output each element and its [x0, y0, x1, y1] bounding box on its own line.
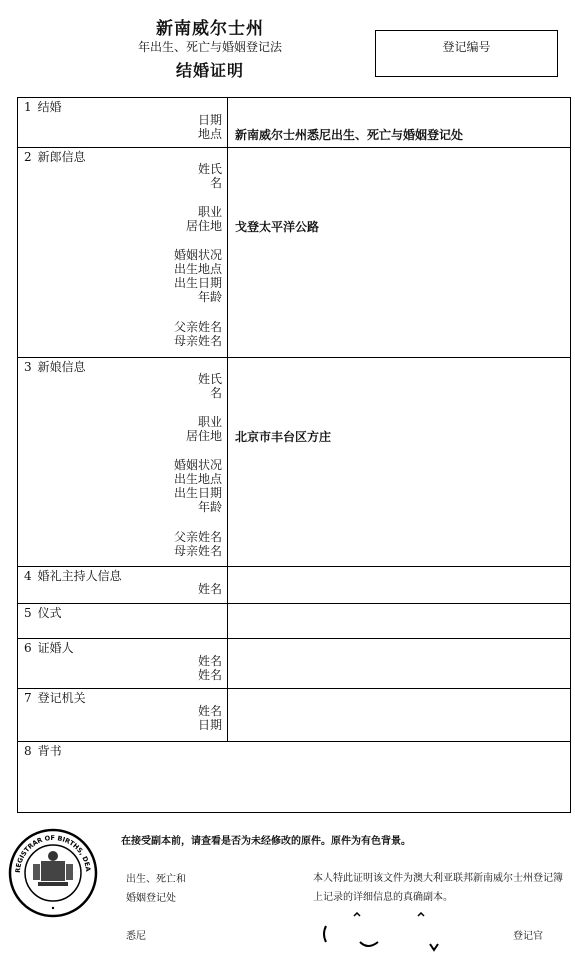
label-groom-mother: 母亲姓名 [174, 334, 222, 348]
label-marriage-date: 日期 [198, 113, 222, 127]
office-name-line2: 婚姻登记处 [126, 889, 176, 904]
label-witness-2-name: 姓名 [198, 668, 222, 682]
label-bride-father: 父亲姓名 [174, 530, 222, 544]
section-number: 1 [24, 100, 32, 114]
section-celebrant: 4婚礼主持人信息 姓名 [18, 566, 570, 603]
section-number: 2 [24, 150, 32, 164]
label-bride-mother: 母亲姓名 [174, 544, 222, 558]
certification-statement: 本人特此证明该文件为澳大利亚联邦新南威尔士州登记簿上记录的详细信息的真确副本。 [313, 869, 563, 907]
label-celebrant-name: 姓名 [198, 582, 222, 596]
label-bride-birth-date: 出生日期 [174, 486, 222, 500]
value-groom-residence: 戈登太平洋公路 [235, 220, 319, 234]
label-groom-birthplace: 出生地点 [174, 262, 222, 276]
act-title: 年出生、死亡与婚姻登记法 [100, 38, 320, 55]
label-groom-residence: 居住地 [186, 219, 222, 233]
section-endorsements: 8背书 [18, 741, 570, 812]
registrar-seal-icon: REGISTRAR OF BIRTHS, DEATHS AND [8, 828, 98, 918]
label-bride-given-name: 名 [210, 386, 222, 400]
label-registry-name: 姓名 [198, 704, 222, 718]
section-number: 3 [24, 360, 32, 374]
label-bride-birthplace: 出生地点 [174, 472, 222, 486]
section-title: 新娘信息 [38, 360, 86, 374]
section-number: 4 [24, 569, 32, 583]
label-bride-occupation: 职业 [198, 415, 222, 429]
office-name-line1: 出生、死亡和 [126, 870, 186, 885]
section-bride: 3新娘信息 姓氏 名 职业 居住地 婚姻状况 出生地点 出生日期 年龄 父亲姓名… [18, 357, 570, 566]
label-groom-given-name: 名 [210, 176, 222, 190]
section-number: 6 [24, 641, 32, 655]
registration-number-box: 登记编号 [375, 30, 558, 77]
label-marriage-place: 地点 [198, 127, 222, 141]
document-title: 结婚证明 [120, 58, 300, 81]
label-witness-1-name: 姓名 [198, 654, 222, 668]
section-registry: 7登记机关 姓名 日期 [18, 688, 570, 741]
label-groom-occupation: 职业 [198, 205, 222, 219]
office-city: 悉尼 [126, 927, 146, 942]
label-groom-marital-status: 婚姻状况 [174, 248, 222, 262]
value-marriage-place: 新南威尔士州悉尼出生、死亡与婚姻登记处 [235, 128, 463, 142]
registrar-signature [320, 912, 460, 952]
section-title: 仪式 [38, 606, 62, 620]
section-groom: 2新郎信息 姓氏 名 职业 居住地 婚姻状况 出生地点 出生日期 年龄 父亲姓名… [18, 147, 570, 357]
label-bride-surname: 姓氏 [198, 372, 222, 386]
state-title: 新南威尔士州 [120, 14, 300, 39]
certificate-form: 1结婚 日期 地点 新南威尔士州悉尼出生、死亡与婚姻登记处 2新郎信息 姓氏 名… [17, 97, 571, 813]
section-marriage: 1结婚 日期 地点 新南威尔士州悉尼出生、死亡与婚姻登记处 [18, 98, 570, 147]
label-registry-date: 日期 [198, 718, 222, 732]
label-groom-age: 年龄 [198, 290, 222, 304]
label-bride-marital-status: 婚姻状况 [174, 458, 222, 472]
section-title: 新郎信息 [38, 150, 86, 164]
section-witnesses: 6证婚人 姓名 姓名 [18, 638, 570, 688]
section-ceremony: 5仪式 [18, 603, 570, 638]
label-groom-surname: 姓氏 [198, 162, 222, 176]
section-title: 结婚 [38, 100, 62, 114]
registrar-title: 登记官 [513, 927, 543, 942]
label-groom-birth-date: 出生日期 [174, 276, 222, 290]
registration-number-label: 登记编号 [376, 38, 557, 55]
section-title: 证婚人 [38, 641, 74, 655]
section-title: 婚礼主持人信息 [38, 569, 122, 583]
label-groom-father: 父亲姓名 [174, 320, 222, 334]
section-number: 7 [24, 691, 32, 705]
value-bride-residence: 北京市丰台区方庄 [235, 430, 331, 444]
section-number: 8 [24, 744, 32, 758]
section-title: 登记机关 [38, 691, 86, 705]
label-bride-age: 年龄 [198, 500, 222, 514]
label-bride-residence: 居住地 [186, 429, 222, 443]
authenticity-warning: 在接受副本前，请查看是否为未经修改的原件。原件为有色背景。 [121, 832, 411, 847]
section-number: 5 [24, 606, 32, 620]
section-title: 背书 [38, 744, 62, 758]
